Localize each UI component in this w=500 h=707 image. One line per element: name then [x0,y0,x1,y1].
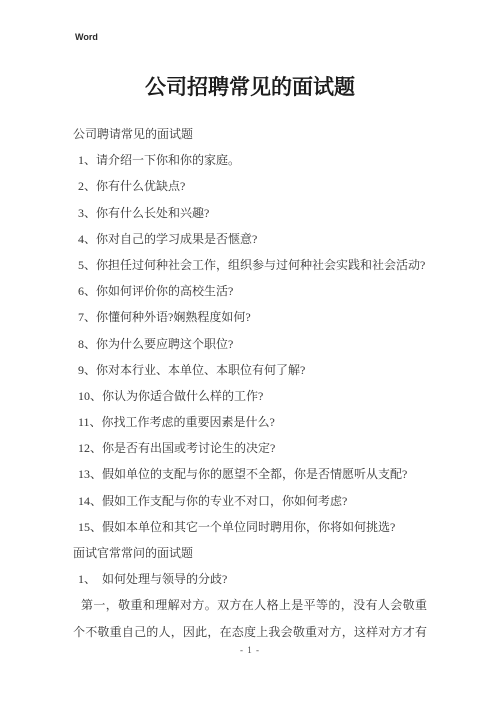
question-item: 9、你对本行业、本单位、本职位有何了解? [73,357,427,383]
question-item: 3、你有什么长处和兴趣? [73,200,427,226]
question-item: 4、你对自己的学习成果是否惬意? [73,226,427,252]
question-item: 8、你为什么要应聘这个职位? [73,331,427,357]
question-item: 10、你认为你适合做什么样的工作? [73,383,427,409]
question-item: 11、你找工作考虑的重要因素是什么? [73,409,427,435]
question-item: 7、你懂何种外语?娴熟程度如何? [73,304,427,330]
question-item: 15、假如本单位和其它一个单位同时聘用你，你将如何挑选? [73,514,427,540]
section-header-company-questions: 公司聘请常见的面试题 [73,121,427,147]
word-app-label: Word [75,32,98,42]
page-number: - 1 - [0,645,500,655]
question-item: 12、你是否有出国或考讨论生的决定? [73,435,427,461]
document-body: 公司聘请常见的面试题 1、请介绍一下你和你的家庭。 2、你有什么优缺点? 3、你… [73,121,427,645]
question-item: 2、你有什么优缺点? [73,173,427,199]
question-item: 13、假如单位的支配与你的愿望不全都，你是否情愿听从支配? [73,461,427,487]
question-item: 14、假如工作支配与你的专业不对口，你如何考虑? [73,488,427,514]
question-item: 6、你如何评价你的高校生活? [73,278,427,304]
question-item: 1、 如何处理与领导的分歧? [73,566,427,592]
document-page: Word 公司招聘常见的面试题 公司聘请常见的面试题 1、请介绍一下你和你的家庭… [0,0,500,707]
document-title: 公司招聘常见的面试题 [0,72,500,102]
question-item: 1、请介绍一下你和你的家庭。 [73,147,427,173]
section-header-interviewer-questions: 面试官常常问的面试题 [73,540,427,566]
question-item: 5、你担任过何种社会工作，组织参与过何种社会实践和社会活动? [73,252,427,278]
paragraph-line: 第一，敬重和理解对方。双方在人格上是平等的，没有人会敬重一 [73,592,427,618]
paragraph-line: 个不敬重自己的人，因此，在态度上我会敬重对方，这样对方才有 [73,619,427,645]
